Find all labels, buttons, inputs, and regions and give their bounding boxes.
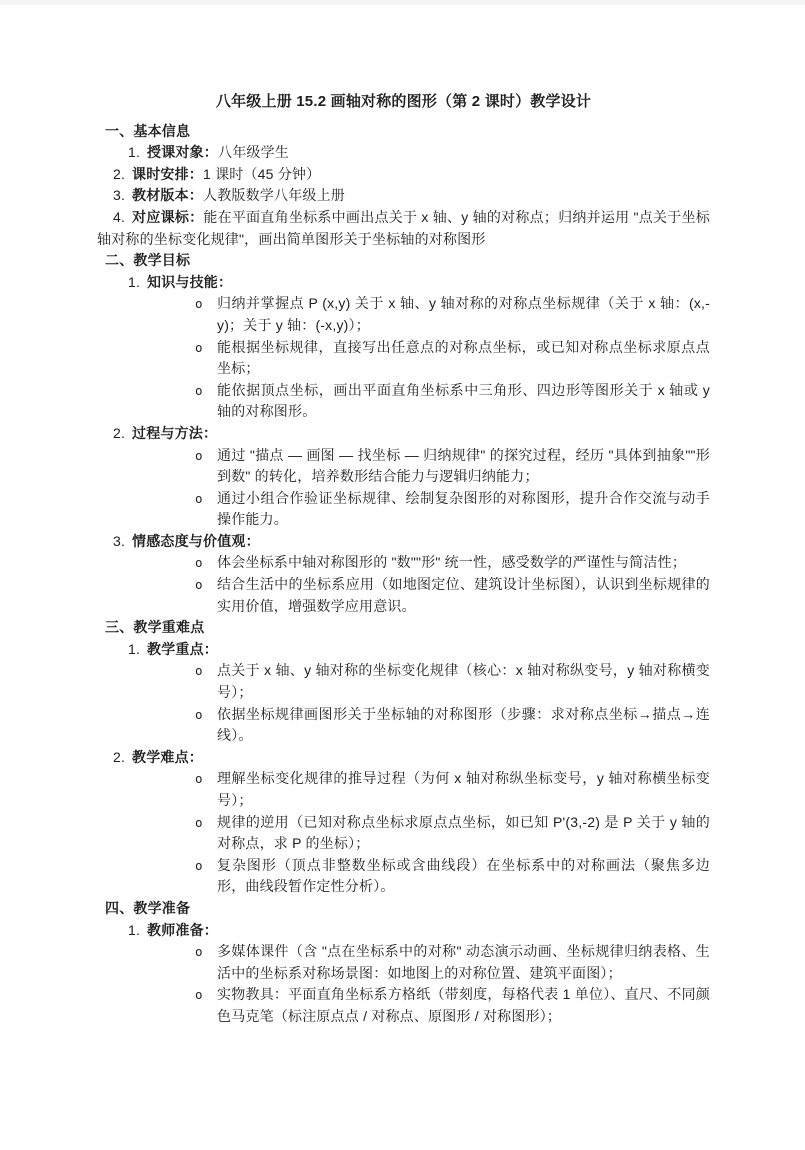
item-number: 3. [113, 531, 132, 553]
list-item: 1.知识与技能： [97, 272, 710, 294]
bullet-text: 多媒体课件（含 "点在坐标系中的对称" 动态演示动画、坐标规律归纳表格、生活中的… [217, 943, 710, 981]
item-label: 教师准备： [147, 922, 218, 938]
item-label: 教材版本： [132, 187, 203, 203]
bullet-text: 通过 "描点 — 画图 — 找坐标 — 归纳规律" 的探究过程，经历 "具体到抽… [217, 447, 710, 485]
bullet-item: o依据坐标规律画图形关于坐标轴的对称图形（步骤：求对称点坐标→描点→连线）。 [97, 704, 710, 747]
bullet-text: 通过小组合作验证坐标规律、绘制复杂图形的对称图形，提升合作交流与动手操作能力。 [217, 490, 710, 528]
item-text: 八年级学生 [218, 144, 289, 160]
bullet-text: 理解坐标变化规律的推导过程（为何 x 轴对称纵坐标变号，y 轴对称横坐标变号）； [217, 770, 710, 808]
circle-bullet-icon: o [195, 855, 203, 877]
bullet-item: o通过小组合作验证坐标规律、绘制复杂图形的对称图形，提升合作交流与动手操作能力。 [97, 488, 710, 531]
bullet-item: o体会坐标系中轴对称图形的 "数""形" 统一性，感受数学的严谨性与简洁性； [97, 552, 710, 574]
item-text: 1 课时（45 分钟） [203, 166, 320, 182]
bullet-item: o实物教具：平面直角坐标系方格纸（带刻度，每格代表 1 单位）、直尺、不同颜色马… [97, 984, 710, 1027]
circle-bullet-icon: o [195, 941, 203, 963]
bullet-item: o通过 "描点 — 画图 — 找坐标 — 归纳规律" 的探究过程，经历 "具体到… [97, 445, 710, 488]
section-heading: 一、基本信息 [97, 121, 710, 143]
circle-bullet-icon: o [195, 660, 203, 682]
section-heading: 三、教学重难点 [97, 617, 710, 639]
bullet-item: o理解坐标变化规律的推导过程（为何 x 轴对称纵坐标变号，y 轴对称横坐标变号）… [97, 768, 710, 811]
item-label: 教学难点： [132, 749, 203, 765]
section-heading: 四、教学准备 [97, 898, 710, 920]
bullet-text: 归纳并掌握点 P (x,y) 关于 x 轴、y 轴对称的对称点坐标规律（关于 x… [217, 295, 710, 333]
circle-bullet-icon: o [195, 574, 203, 596]
item-text: 人教版数学八年级上册 [203, 187, 345, 203]
item-label: 过程与方法： [132, 425, 217, 441]
bullet-item: o规律的逆用（已知对称点坐标求原点点坐标，如已知 P'(3,-2) 是 P 关于… [97, 812, 710, 855]
bullet-item: o结合生活中的坐标系应用（如地图定位、建筑设计坐标图），认识到坐标规律的实用价值… [97, 574, 710, 617]
item-number: 2. [113, 747, 132, 769]
bullet-item: o能依据顶点坐标，画出平面直角坐标系中三角形、四边形等图形关于 x 轴或 y 轴… [97, 380, 710, 423]
bullet-text: 结合生活中的坐标系应用（如地图定位、建筑设计坐标图），认识到坐标规律的实用价值，… [217, 576, 710, 614]
section-basic-info: 一、基本信息 1.授课对象：八年级学生 2.课时安排：1 课时（45 分钟） 3… [97, 121, 710, 251]
item-label: 情感态度与价值观： [132, 533, 260, 549]
bullet-item: o归纳并掌握点 P (x,y) 关于 x 轴、y 轴对称的对称点坐标规律（关于 … [97, 293, 710, 336]
item-label: 授课对象： [147, 144, 218, 160]
document-page: 八年级上册 15.2 画轴对称的图形（第 2 课时）教学设计 一、基本信息 1.… [0, 5, 805, 1028]
circle-bullet-icon: o [195, 380, 203, 402]
list-item: 3.教材版本：人教版数学八年级上册 [97, 185, 710, 207]
bullet-item: o点关于 x 轴、y 轴对称的坐标变化规律（核心：x 轴对称纵变号，y 轴对称横… [97, 660, 710, 703]
item-label: 对应课标： [132, 209, 203, 225]
item-number: 1. [128, 920, 147, 942]
bullet-text: 规律的逆用（已知对称点坐标求原点点坐标，如已知 P'(3,-2) 是 P 关于 … [217, 814, 710, 852]
item-number: 2. [113, 164, 132, 186]
bullet-text: 体会坐标系中轴对称图形的 "数""形" 统一性，感受数学的严谨性与简洁性； [217, 554, 686, 570]
circle-bullet-icon: o [195, 293, 203, 315]
section-teaching-goals: 二、教学目标 1.知识与技能： o归纳并掌握点 P (x,y) 关于 x 轴、y… [97, 250, 710, 617]
item-number: 1. [128, 272, 147, 294]
circle-bullet-icon: o [195, 552, 203, 574]
circle-bullet-icon: o [195, 704, 203, 726]
circle-bullet-icon: o [195, 445, 203, 467]
section-key-difficult-points: 三、教学重难点 1.教学重点： o点关于 x 轴、y 轴对称的坐标变化规律（核心… [97, 617, 710, 898]
item-number: 2. [113, 423, 132, 445]
list-item: 2.过程与方法： [97, 423, 710, 445]
bullet-item: o复杂图形（顶点非整数坐标或含曲线段）在坐标系中的对称画法（聚焦多边形，曲线段暂… [97, 855, 710, 898]
list-item: 3.情感态度与价值观： [97, 531, 710, 553]
circle-bullet-icon: o [195, 812, 203, 834]
list-item: 1.授课对象：八年级学生 [97, 142, 710, 164]
item-number: 3. [113, 185, 132, 207]
page-title: 八年级上册 15.2 画轴对称的图形（第 2 课时）教学设计 [97, 91, 710, 113]
bullet-text: 点关于 x 轴、y 轴对称的坐标变化规律（核心：x 轴对称纵变号，y 轴对称横变… [217, 662, 710, 700]
circle-bullet-icon: o [195, 488, 203, 510]
bullet-item: o能根据坐标规律，直接写出任意点的对称点坐标，或已知对称点坐标求原点点坐标； [97, 337, 710, 380]
circle-bullet-icon: o [195, 984, 203, 1006]
section-teaching-preparation: 四、教学准备 1.教师准备： o多媒体课件（含 "点在坐标系中的对称" 动态演示… [97, 898, 710, 1028]
item-label: 教学重点： [147, 641, 218, 657]
item-label: 课时安排： [132, 166, 203, 182]
list-item: 2.课时安排：1 课时（45 分钟） [97, 164, 710, 186]
circle-bullet-icon: o [195, 337, 203, 359]
bullet-text: 依据坐标规律画图形关于坐标轴的对称图形（步骤：求对称点坐标→描点→连线）。 [217, 706, 710, 744]
item-number: 1. [128, 639, 147, 661]
list-item: 2.教学难点： [97, 747, 710, 769]
item-number: 4. [113, 207, 132, 229]
list-item: 1.教师准备： [97, 920, 710, 942]
bullet-text: 实物教具：平面直角坐标系方格纸（带刻度，每格代表 1 单位）、直尺、不同颜色马克… [217, 986, 710, 1024]
section-heading: 二、教学目标 [97, 250, 710, 272]
bullet-text: 能依据顶点坐标，画出平面直角坐标系中三角形、四边形等图形关于 x 轴或 y 轴的… [217, 382, 710, 420]
bullet-text: 能根据坐标规律，直接写出任意点的对称点坐标，或已知对称点坐标求原点点坐标； [217, 339, 710, 377]
bullet-item: o多媒体课件（含 "点在坐标系中的对称" 动态演示动画、坐标规律归纳表格、生活中… [97, 941, 710, 984]
item-number: 1. [128, 142, 147, 164]
list-item: 4.对应课标：能在平面直角坐标系中画出点关于 x 轴、y 轴的对称点；归纳并运用… [97, 207, 710, 250]
circle-bullet-icon: o [195, 768, 203, 790]
bullet-text: 复杂图形（顶点非整数坐标或含曲线段）在坐标系中的对称画法（聚焦多边形，曲线段暂作… [217, 857, 710, 895]
item-label: 知识与技能： [147, 274, 232, 290]
list-item: 1.教学重点： [97, 639, 710, 661]
